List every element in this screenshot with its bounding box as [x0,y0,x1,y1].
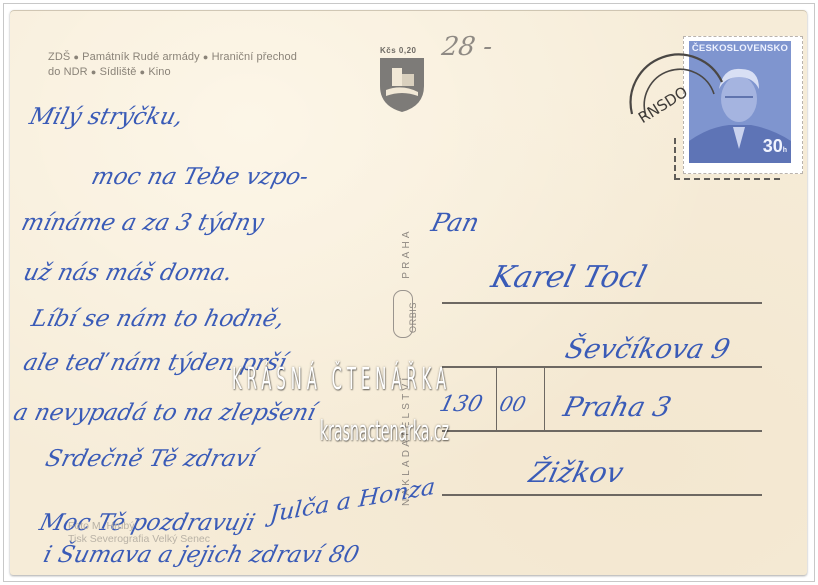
bullet-icon: ● [73,52,79,62]
bullet-icon: ● [91,67,97,77]
address-line [442,430,762,432]
postcode-box-divider [544,366,545,430]
postcard-back: ZDŠ ● Památník Rudé armády ● Hraniční př… [10,10,807,575]
address-line [442,494,762,496]
bullet-icon: ● [140,67,146,77]
building-emblem-icon [366,46,438,116]
message-line: a nevypadá to na zlepšení [11,400,319,426]
signature: Julča a Honza [269,474,436,528]
address-line [442,302,762,304]
address-name: Karel Tocl [488,260,650,295]
message-line: Srdečně Tě zdraví [43,446,260,472]
address-salutation: Pan [428,208,482,237]
watermark-title: KRÁSNÁ ČTENÁŘKA [232,362,451,397]
address-city: Praha 3 [560,392,674,423]
photo-credit: Foto M. Hrubý Tisk Severografia Velký Se… [68,520,210,546]
bullet-icon: ● [203,52,209,62]
message-line: mínáme a za 3 týdny [19,210,267,236]
pencil-note: 28 - [440,32,494,62]
message-line: už nás máš doma. [21,260,235,286]
message-line: moc na Tebe vzpo- [89,164,311,190]
caption-line-1: ZDŠ ● Památník Rudé armády ● Hraniční př… [48,50,358,65]
address-street: Ševčíkova 9 [562,334,733,365]
stamp-placement-corner [674,138,780,180]
postcard-caption: ZDŠ ● Památník Rudé armády ● Hraniční př… [48,50,358,80]
caption-line-2: do NDR ● Sídliště ● Kino [48,65,358,80]
watermark-url: krasnactenarka.cz [320,414,449,447]
logo-price: Kčs 0,20 [380,46,416,55]
message-line: Líbí se nám to hodně, [29,306,287,332]
address-district: Žižkov [526,456,627,489]
address-line [442,366,762,368]
message-line: Milý strýčku, [27,104,186,130]
tourism-fund-logo: Kčs 0,20 [366,46,438,116]
